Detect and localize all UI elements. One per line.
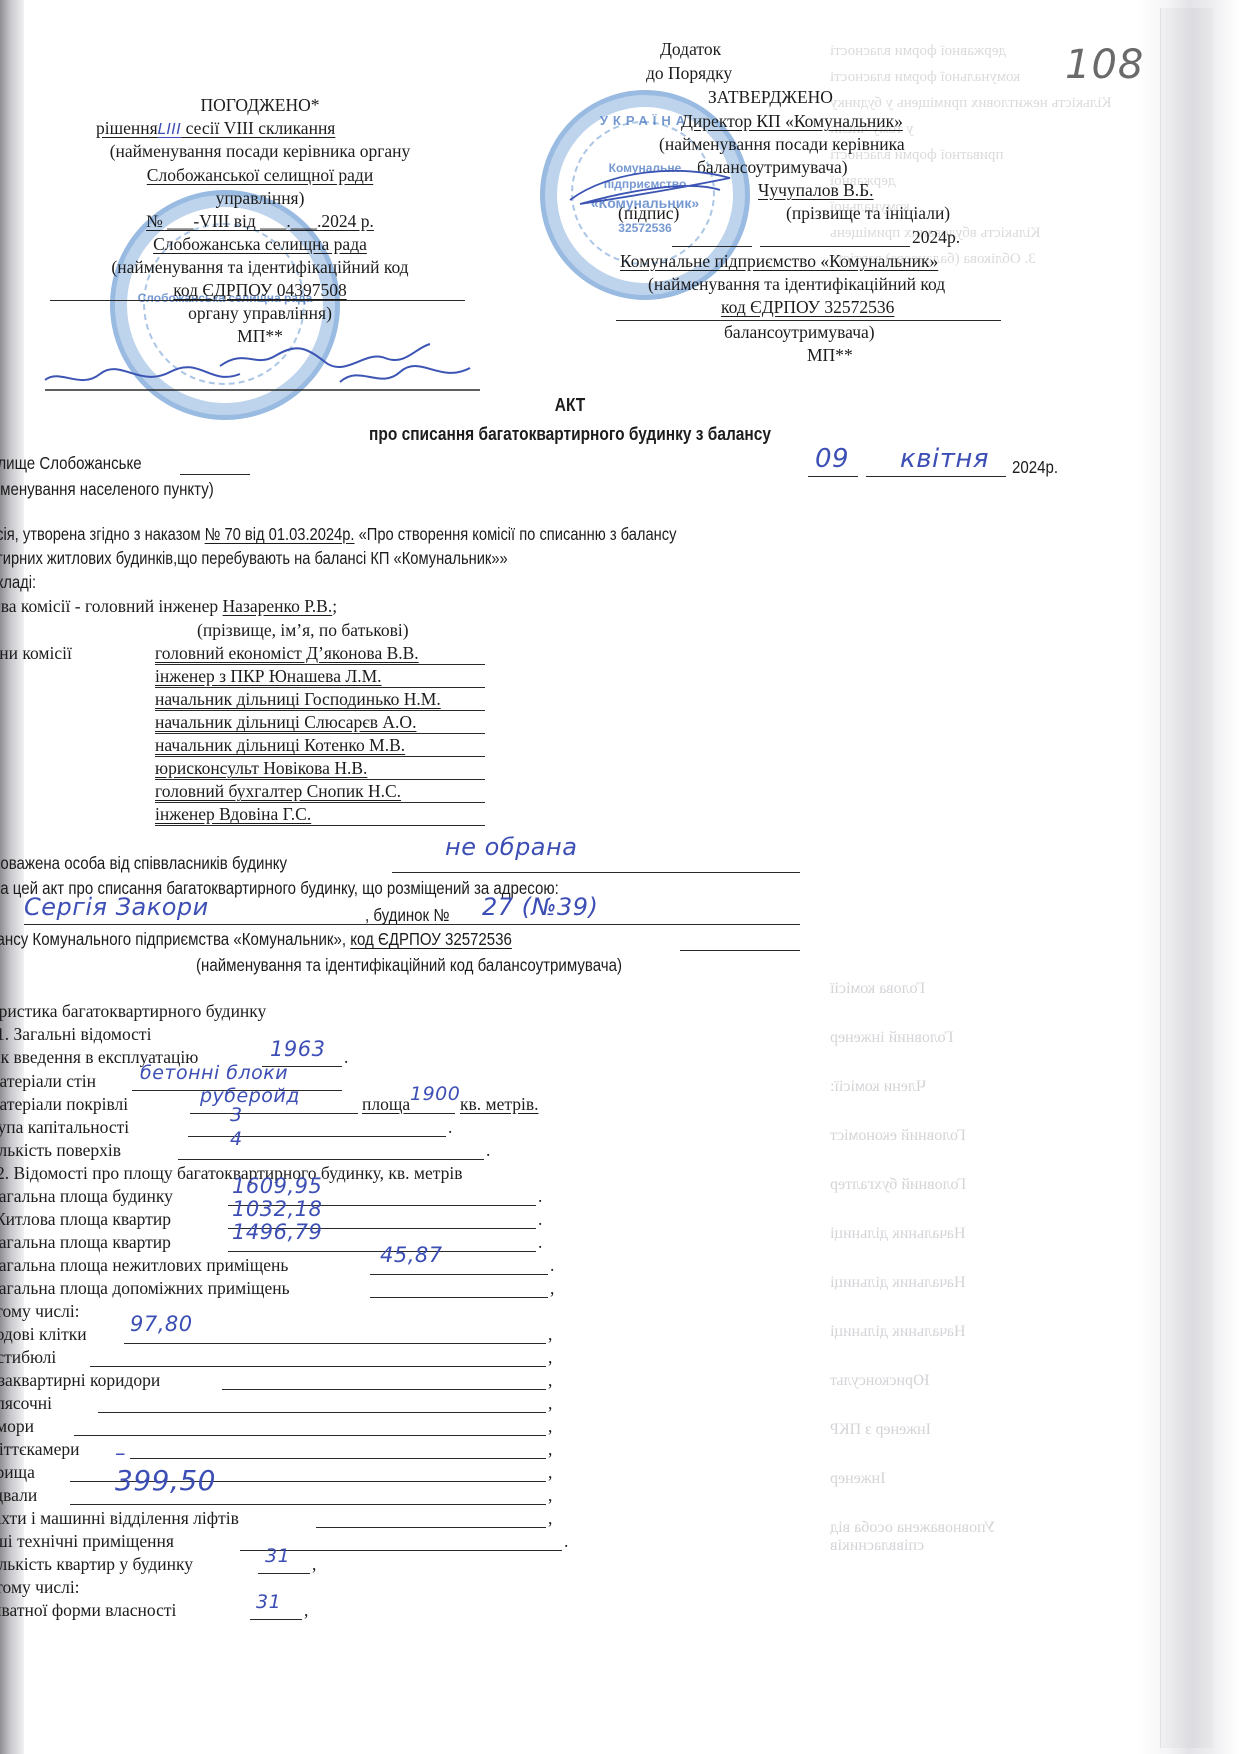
holder-line-underline: [680, 950, 800, 951]
address-line: [24, 924, 800, 925]
aux-line: [98, 1412, 546, 1413]
bleed-through-line: Інженер: [830, 1470, 1070, 1519]
bleed-through-line: комунальної форми власності: [830, 64, 1020, 90]
member-item: інженер з ПКР Юнашева Л.М.: [155, 665, 382, 687]
capital-group-label: Група капітальності: [0, 1116, 129, 1138]
act-subtitle: про списання багатоквартирного будинку з…: [278, 423, 863, 445]
punctuation: ,: [548, 1323, 552, 1345]
handwritten-aux-value: 97,80: [130, 1313, 193, 1335]
member-line: [155, 664, 485, 665]
punctuation: ,: [548, 1461, 552, 1483]
approved-signer-name: Чучупалов В.Б.: [758, 179, 874, 201]
house-label: , будинок №: [365, 904, 449, 926]
aux-label: вестибюлі: [0, 1346, 56, 1368]
aux-label: горища: [0, 1461, 35, 1483]
punctuation: .: [538, 1231, 542, 1253]
agreed-caption-code: (найменування та ідентифікаційний код: [40, 256, 480, 278]
handwritten-roof-area: 1900: [410, 1083, 460, 1105]
punctuation: ,: [312, 1553, 316, 1575]
aux-line: [222, 1389, 546, 1390]
bleed-through-line: Голова комісії: [830, 980, 1070, 1029]
act-date-year: 2024р.: [1012, 456, 1058, 478]
member-item: начальник дільниці Слюсарєв А.О.: [155, 711, 416, 733]
punctuation: ,: [304, 1599, 308, 1621]
bleed-through-line: Начальник дільниці: [830, 1323, 1070, 1372]
area-line: [370, 1297, 548, 1298]
coowner-line: [392, 872, 800, 873]
aux-line: [74, 1435, 546, 1436]
area-label: Загальна площа будинку: [0, 1185, 173, 1207]
punctuation: ,: [548, 1415, 552, 1437]
appendix-label: Додаток: [660, 38, 721, 60]
roof-label: Матеріали покрівлі: [0, 1093, 128, 1115]
area-label: Загальна площа нежитлових приміщень: [0, 1254, 288, 1276]
handwritten-street: Сергія Закори: [24, 896, 209, 918]
bleed-through-line: Члени комісії:: [830, 1078, 1070, 1127]
area-label: Загальна площа квартир: [0, 1231, 171, 1253]
punctuation: .: [550, 1254, 554, 1276]
roof-line: [190, 1113, 358, 1114]
date-month-line: [760, 246, 910, 247]
punctuation: .: [344, 1046, 348, 1068]
holder-line: з балансу Комунального підприємства «Ком…: [0, 928, 512, 950]
scan-right-edge-shadow: [1138, 0, 1240, 1754]
aux-line: [90, 1366, 546, 1367]
handwritten-roof: руберойд: [200, 1085, 300, 1107]
general-info-title: 1. Загальні відомості: [0, 1023, 151, 1045]
act-settlement: селище Слобожанське: [0, 452, 142, 474]
walls-label: Матеріали стін: [0, 1070, 96, 1092]
handwritten-walls: бетонні блоки: [140, 1062, 288, 1084]
agreed-council-name: Слобожанської селищної ради: [40, 164, 480, 186]
handwritten-aux-value: 399,50: [115, 1470, 216, 1492]
area-label: Загальна площа допоміжних приміщень: [0, 1277, 290, 1299]
area-label: Житлова площа квартир: [0, 1208, 171, 1230]
approved-caption-code: (найменування та ідентифікаційний код: [648, 273, 945, 295]
approved-caption-position: (найменування посади керівника: [659, 133, 905, 155]
aux-label: сміттєкамери: [0, 1438, 79, 1460]
capital-group-line: [188, 1136, 446, 1137]
member-line: [155, 687, 485, 688]
approved-caption-holder-2: балансоутримувача): [724, 321, 875, 343]
bleed-through-line: Начальник дільниці: [830, 1225, 1070, 1274]
handwritten-coowner: не обрана: [445, 836, 577, 858]
aux-label: інші технічні приміщення: [0, 1530, 174, 1552]
member-item: головний економіст Д’яконова В.В.: [155, 642, 419, 664]
approved-date-year: 2024р.: [912, 226, 960, 248]
member-item: начальник дільниці Котенко М.В.: [155, 734, 405, 756]
member-line: [155, 779, 485, 780]
member-line: [155, 802, 485, 803]
agreed-caption-position: (найменування посади керівника органу: [40, 140, 480, 162]
act-title: АКТ: [441, 394, 699, 416]
punctuation: .: [486, 1139, 490, 1161]
handwritten-session: LIII: [158, 120, 182, 138]
roof-area-unit: кв. метрів.: [460, 1093, 538, 1115]
aux-label: підвали: [0, 1484, 37, 1506]
handwritten-capital-group: 3: [230, 1104, 243, 1126]
commission-chair: голова комісії - головний інженер Назаре…: [0, 595, 337, 617]
punctuation: ,: [548, 1438, 552, 1460]
commission-line-3: у складі:: [0, 571, 36, 593]
commission-line-2: багатоквартирних житлових будинків,що пе…: [0, 547, 508, 569]
approved-caption-signature: (підпис): [618, 202, 679, 224]
private-ownership-label: приватної форми власності: [0, 1599, 176, 1621]
agreed-title: ПОГОДЖЕНО*: [140, 94, 380, 116]
date-month-line: [866, 476, 1006, 477]
coowner-label: уповноважена особа від співвласників буд…: [0, 852, 287, 874]
flats-line: [258, 1573, 310, 1574]
bleed-through-line: Інженер з ПКР: [830, 1421, 1070, 1470]
divider: [50, 300, 465, 301]
aux-label: комори: [0, 1415, 34, 1437]
approved-position: Директор КП «Комунальник»: [681, 110, 903, 132]
date-day-line: [672, 246, 752, 247]
member-item: головний бухгалтер Снопик Н.С.: [155, 780, 401, 802]
punctuation: .: [538, 1208, 542, 1230]
aux-line: [316, 1527, 546, 1528]
aux-line: [130, 1458, 546, 1459]
aux-line: [124, 1343, 546, 1344]
aux-label: позаквартирні коридори: [0, 1369, 160, 1391]
aux-label: шахти і машинні відділення ліфтів: [0, 1507, 239, 1529]
punctuation: ,: [548, 1484, 552, 1506]
aux-label: колясочні: [0, 1392, 52, 1414]
handwritten-area-value: 45,87: [380, 1244, 443, 1266]
page-fold: [1160, 8, 1213, 1748]
flats-including-label: у тому числі:: [0, 1576, 80, 1598]
handwritten-floors: 4: [230, 1128, 243, 1150]
member-line: [155, 733, 485, 734]
bleed-through-line: Уповноважена особа від співвласників: [830, 1519, 1070, 1568]
aux-line: [70, 1504, 546, 1505]
agreed-caption-body: органу управління): [40, 302, 480, 324]
approved-title: ЗАТВЕРДЖЕНО: [708, 86, 833, 108]
agreed-edrpou: код ЄДРПОУ 04397508: [40, 279, 480, 301]
punctuation: .: [564, 1530, 568, 1552]
signatures-line-icon: [40, 360, 490, 400]
agreed-council: Слобожанська селищна рада: [40, 233, 480, 255]
approved-caption-name: (прізвище та ініціали): [786, 202, 950, 224]
settlement-line: [180, 474, 250, 475]
handwritten-aux-value: –: [115, 1442, 126, 1464]
flats-label: Кількість квартир у будинку: [0, 1553, 193, 1575]
agreed-caption-management: управління): [40, 187, 480, 209]
bleed-through-signature-column: Голова комісії Головний інженер Члени ко…: [830, 980, 1070, 1568]
punctuation: ,: [550, 1277, 554, 1299]
approved-seal: МП**: [807, 344, 853, 366]
bleed-through-line: Головний інженер: [830, 1029, 1070, 1078]
bleed-through-line: Головний економіст: [830, 1127, 1070, 1176]
approved-enterprise: Комунальне підприємство «Комунальник»: [620, 250, 938, 272]
commission-line-1: Комісія, утворена згідно з наказом № 70 …: [0, 523, 676, 545]
member-line: [155, 710, 485, 711]
agreed-decision-number: № ___-VIII від ___.___.2024 р.: [40, 210, 480, 232]
approved-edrpou: код ЄДРПОУ 32572536: [721, 296, 894, 318]
bleed-through-line: державної форми власності: [830, 38, 1006, 64]
floors-line: [178, 1159, 484, 1160]
member-item: інженер Вдовіна Г.С.: [155, 803, 311, 825]
floors-label: Кількість поверхів: [0, 1139, 121, 1161]
handwritten-area-value: 1496,79: [232, 1221, 322, 1243]
handwritten-date-day: 09: [815, 448, 849, 470]
bleed-through-line: Юрисконсульт: [830, 1372, 1070, 1421]
bleed-through-line: Головний бухгалтер: [830, 1176, 1070, 1225]
punctuation: ,: [548, 1369, 552, 1391]
bleed-through-line: Начальник дільниці: [830, 1274, 1070, 1323]
agreed-decision-line: рішенняLIII сесії VIII скликання: [96, 117, 335, 140]
date-day-line: [808, 476, 858, 477]
characteristics-title: Характеристика багатоквартирного будинку: [0, 1000, 266, 1022]
aux-label: сходові клітки: [0, 1323, 87, 1345]
handwritten-area-value: 1032,18: [232, 1198, 322, 1220]
punctuation: .: [448, 1116, 452, 1138]
handwritten-date-month: квітня: [900, 448, 989, 470]
handwritten-area-value: 1609,95: [232, 1175, 322, 1197]
private-line: [250, 1619, 302, 1620]
including-label: у тому числі:: [0, 1300, 80, 1322]
appendix-order-label: до Порядку: [646, 62, 732, 84]
member-item: начальник дільниці Господинько Н.М.: [155, 688, 441, 710]
handwritten-page-number: 108: [1065, 42, 1144, 88]
chair-name-caption: (прізвище, ім’я, по батькові): [197, 619, 409, 641]
member-line: [155, 756, 485, 757]
handwritten-year: 1963: [270, 1038, 325, 1060]
area-line: [370, 1274, 548, 1275]
act-settlement-caption: (найменування населеного пункту): [0, 478, 214, 500]
roof-area-line: [405, 1113, 455, 1114]
punctuation: .: [538, 1185, 542, 1207]
member-line: [155, 825, 485, 826]
member-item: юрисконсульт Новікова Н.В.: [155, 757, 367, 779]
handwritten-private-count: 31: [256, 1591, 281, 1613]
punctuation: ,: [548, 1392, 552, 1414]
handwritten-flats-count: 31: [265, 1545, 290, 1567]
punctuation: ,: [548, 1507, 552, 1529]
members-label: члени комісії: [0, 642, 72, 664]
handwritten-house-number: 27 (№39): [482, 896, 598, 918]
punctuation: ,: [548, 1346, 552, 1368]
holder-caption: (найменування та ідентифікаційний код ба…: [196, 954, 622, 976]
roof-area-label: площа: [362, 1093, 410, 1115]
